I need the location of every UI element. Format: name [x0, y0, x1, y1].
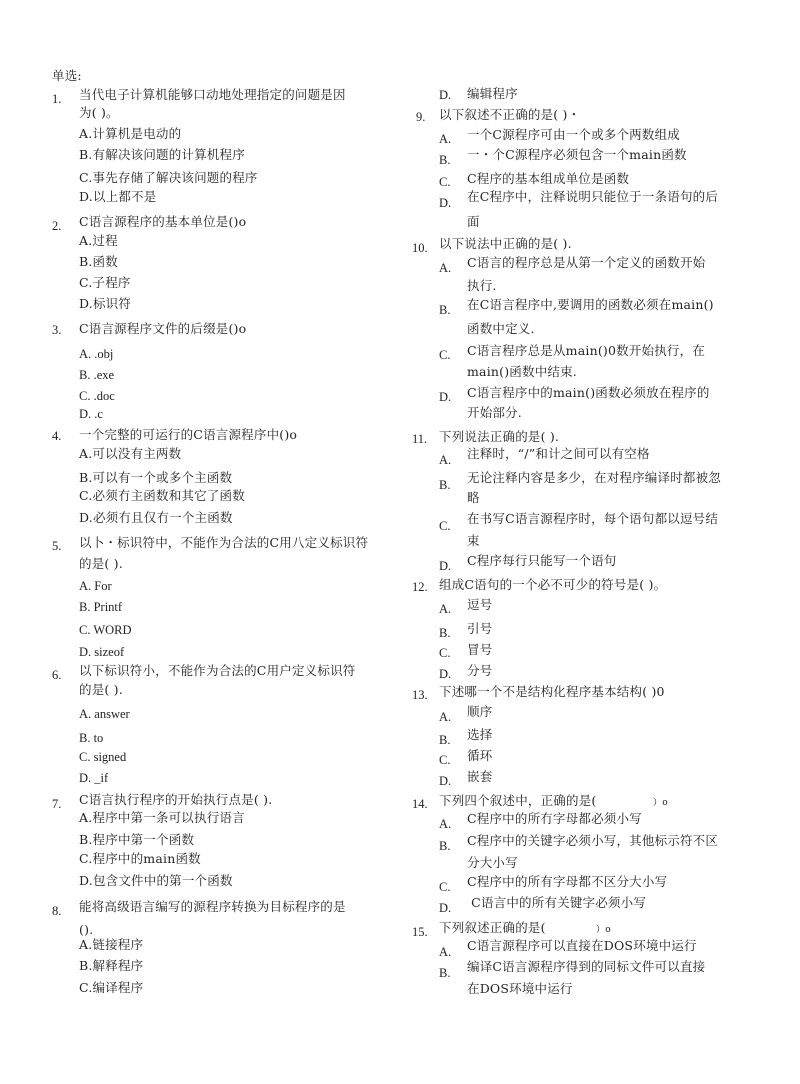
option-text: C语言的程序总是从第一个定义的函数开始 — [467, 255, 705, 271]
option-a[interactable]: A. answer — [79, 706, 130, 722]
option-text: 嵌套 — [467, 769, 492, 785]
option-text: 引号 — [467, 621, 492, 637]
question-text: 组成C语句的一个必不可少的符号是( )。 — [439, 577, 666, 593]
option-label: D. — [439, 900, 451, 916]
option-b[interactable]: B.程序中第一个函数 — [79, 832, 194, 848]
question-text: 下列说法正确的是( ). — [439, 429, 559, 445]
option-text: 逗号 — [467, 597, 492, 613]
question-text: C语言源程序文件的后缀是()o — [79, 321, 246, 337]
option-d[interactable]: D. sizeof — [79, 644, 124, 660]
option-label: D. — [439, 773, 451, 789]
question-text-cont: (). — [79, 922, 93, 938]
option-d[interactable]: D.以上都不是 — [79, 189, 156, 205]
question-text: 下列叙述正确的是( — [439, 920, 546, 936]
option-label: A. — [439, 816, 451, 832]
option-b[interactable]: B.可以有一个或多个主函数 — [79, 470, 232, 486]
question-text: 以下标识符小，不能作为合法的C用户定义标识符 — [79, 663, 355, 679]
option-text: C语言源程序可以直接在DOS环境中运行 — [467, 938, 697, 954]
question-number: 8. — [52, 903, 61, 919]
question-number: 15. — [412, 924, 428, 940]
option-b[interactable]: B.函数 — [79, 254, 118, 270]
option-text: C语言程序中的main()函数必须放在程序的 — [467, 385, 710, 401]
option-b[interactable]: B.有解决该问题的计算机程序 — [79, 147, 245, 163]
option-label: B. — [439, 625, 450, 641]
question-number: 3. — [52, 322, 61, 338]
question-text-tail: ）o — [653, 795, 668, 811]
option-a[interactable]: A.过程 — [79, 233, 118, 249]
option-text: 在书写C语言源程序时，每个语句都以逗号结 — [467, 511, 718, 527]
option-label: A. — [439, 260, 451, 276]
question-number: 4. — [52, 428, 61, 444]
option-a[interactable]: A.计算机是电动的 — [79, 126, 181, 142]
question-text-cont: 的是( ). — [79, 556, 123, 572]
question-number: 6. — [52, 667, 61, 683]
option-label: B. — [439, 965, 450, 981]
question-text-tail: ）o — [596, 922, 611, 938]
option-text: 选择 — [467, 727, 492, 743]
option-text-cont: main()函数中结束. — [467, 364, 577, 380]
question-number: 5. — [52, 538, 61, 554]
section-label: 单选: — [52, 68, 82, 84]
option-label: C. — [439, 752, 450, 768]
option-label: C. — [439, 518, 450, 534]
option-text: 循环 — [467, 748, 492, 764]
option-d[interactable]: D.包含文件中的第一个函数 — [79, 873, 233, 889]
option-a[interactable]: A.程序中第一条可以执行语言 — [79, 810, 245, 826]
option-text: 在C语言程序中,要调用的函数必须在main() — [467, 297, 714, 313]
option-text-cont: 函数中定义. — [467, 321, 535, 337]
option-text: C程序中的关键字必须小写，其他标示符不区 — [467, 833, 718, 849]
option-label: A. — [439, 601, 451, 617]
option-text: 在C程序中，注释说明只能位于一条语句的后 — [467, 189, 718, 205]
option-label: B. — [439, 838, 450, 854]
option-d[interactable]: D. .c — [79, 406, 103, 422]
option-label: B. — [439, 152, 450, 168]
option-text-cont: 执行. — [467, 278, 497, 294]
question-text: 一个完整的可运行的C语言源程序中()o — [79, 427, 297, 443]
option-c[interactable]: C.子程序 — [79, 275, 131, 291]
option-b[interactable]: B. .exe — [79, 367, 114, 383]
option-text: C语言程序总是从main()0数开始执行，在 — [467, 343, 705, 359]
option-text-cont: 开始部分. — [467, 405, 522, 421]
option-label: A. — [439, 131, 451, 147]
question-number: 2. — [52, 218, 61, 234]
option-text: 分号 — [467, 663, 492, 679]
option-c[interactable]: C. WORD — [79, 622, 132, 638]
question-text: C语言源程序的基本单位是()o — [79, 214, 246, 230]
option-label: D. — [439, 666, 451, 682]
option-text: C程序中的所有字母都不区分大小写 — [467, 874, 667, 890]
option-text: 一个C源程序可由一个或多个两数组成 — [467, 127, 680, 143]
option-c[interactable]: C. .doc — [79, 388, 115, 404]
question-number: 10. — [412, 240, 428, 256]
question-text: 以下叙述不正确的是( )・ — [439, 107, 580, 123]
option-label: C. — [439, 347, 450, 363]
option-d[interactable]: D. _if — [79, 770, 108, 786]
question-number: 14. — [412, 796, 428, 812]
question-number: 9. — [416, 109, 425, 125]
option-label: C. — [439, 174, 450, 190]
option-b[interactable]: B. to — [79, 730, 103, 746]
question-number: 12. — [412, 579, 428, 595]
option-text-cont: 束 — [467, 533, 480, 549]
option-label: B. — [439, 477, 450, 493]
option-text-cont: 面 — [467, 214, 480, 230]
question-text: C语言执行程序的开始执行点是( ). — [79, 792, 272, 808]
option-a[interactable]: A.链接程序 — [79, 937, 143, 953]
option-text: C程序的基本组成单位是函数 — [467, 171, 629, 187]
option-a[interactable]: A. .obj — [79, 346, 113, 362]
option-text: 编译C语言源程序得到的同标文件可以直接 — [467, 959, 705, 975]
option-text: C程序每行只能写一个语句 — [467, 553, 616, 569]
option-b[interactable]: B.解释程序 — [79, 958, 143, 974]
question-number: 7. — [52, 796, 61, 812]
option-d[interactable]: D.标识符 — [79, 296, 131, 312]
question-number: 13. — [412, 687, 428, 703]
option-text: C语言中的所有关键字必须小写 — [467, 895, 646, 911]
option-text: 无论注释内容是多少，在对程序编译时都被忽 — [467, 470, 721, 486]
option-label: C. — [439, 645, 450, 661]
question-text: 能将高级语言编写的源程序转换为目标程序的是 — [79, 899, 346, 915]
option-text-cont: 略 — [467, 490, 480, 506]
option-label: A. — [439, 944, 451, 960]
option-b[interactable]: B. Printf — [79, 599, 122, 615]
option-label: C. — [439, 879, 450, 895]
option-label: D. — [439, 558, 451, 574]
option-text: C程序中的所冇字母都必须小写 — [467, 811, 642, 827]
question-text: 以卜・标识符中，不能作为合法的C用八定义标识符 — [79, 535, 368, 551]
question-text: 以下说法中正确的是( ). — [439, 236, 572, 252]
question-text-cont: 为( )。 — [79, 105, 119, 121]
question-text: 下列四个叙述中，正确的是( — [439, 793, 596, 809]
option-text: 注释时，“/”和计之间可以有空格 — [467, 446, 650, 462]
question-text: 下述哪一个不是结构化程序基本结构( )0 — [439, 684, 665, 700]
option-d[interactable]: D.必须冇且仅冇一个主函数 — [79, 510, 233, 526]
option-c[interactable]: C. signed — [79, 749, 126, 765]
option-label: A. — [439, 709, 451, 725]
option-text: 编辑程序 — [467, 86, 518, 102]
question-number: 11. — [412, 431, 427, 447]
option-text: 顺序 — [467, 704, 492, 720]
option-label: B. — [439, 302, 450, 318]
question-text: 当代电子计算机能够口动地处理指定的问题是因 — [79, 87, 346, 103]
option-label: D. — [439, 389, 451, 405]
option-c[interactable]: C.必须冇主函数和其它了函数 — [79, 488, 245, 504]
option-a[interactable]: A.可以没有主两数 — [79, 446, 181, 462]
option-c[interactable]: C.编译程序 — [79, 980, 143, 996]
option-label: B. — [439, 732, 450, 748]
option-text-cont: 在DOS环境中运行 — [467, 981, 573, 997]
option-c[interactable]: C.事先存储了解决该问题的程序 — [79, 170, 258, 186]
question-text-cont: 的是( ). — [79, 682, 123, 698]
option-text-cont: 分大小写 — [467, 855, 518, 871]
question-number: 1. — [52, 91, 61, 107]
option-text: 一・个C源程序必须包含一个main函数 — [467, 147, 687, 163]
option-text: 冒号 — [467, 642, 492, 658]
option-c[interactable]: C.程序中的main函数 — [79, 851, 201, 867]
option-label: D. — [439, 195, 451, 211]
option-label: D. — [439, 87, 451, 103]
option-label: A. — [439, 452, 451, 468]
option-a[interactable]: A. For — [79, 578, 112, 594]
